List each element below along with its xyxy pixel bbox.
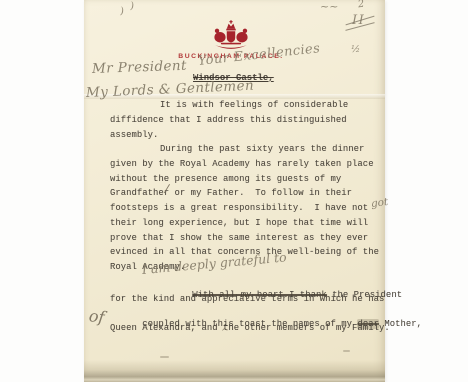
- pencil-squiggle-mark: ~~: [320, 0, 338, 13]
- letter-photograph: BUCKINGHAM PALACE. Windsor Castle, It is…: [0, 0, 468, 382]
- pencil-fraction-mark: ½: [351, 44, 360, 55]
- insertion-caret-mark: ^: [221, 328, 229, 338]
- pencil-annotations: Mr President Your Excellencies My Lords …: [0, 0, 468, 382]
- pencil-paren-mark: ): [129, 1, 135, 13]
- insertion-slash-mark: /: [163, 181, 170, 196]
- pencil-paren-mark: ): [119, 6, 124, 17]
- pencil-figure-mark: 2: [357, 0, 365, 10]
- handwritten-margin-insert: of: [88, 306, 106, 327]
- handwritten-salutation: My Lords & Gentlemen: [86, 78, 255, 101]
- handwritten-insert-got: got: [370, 196, 389, 210]
- pencil-numeral-mark: II: [352, 13, 365, 28]
- handwritten-insert-grateful: I am deeply grateful to: [141, 249, 287, 277]
- handwritten-salutation: Mr President: [92, 58, 187, 77]
- handwritten-salutation-addition: Your Excellencies: [197, 41, 321, 69]
